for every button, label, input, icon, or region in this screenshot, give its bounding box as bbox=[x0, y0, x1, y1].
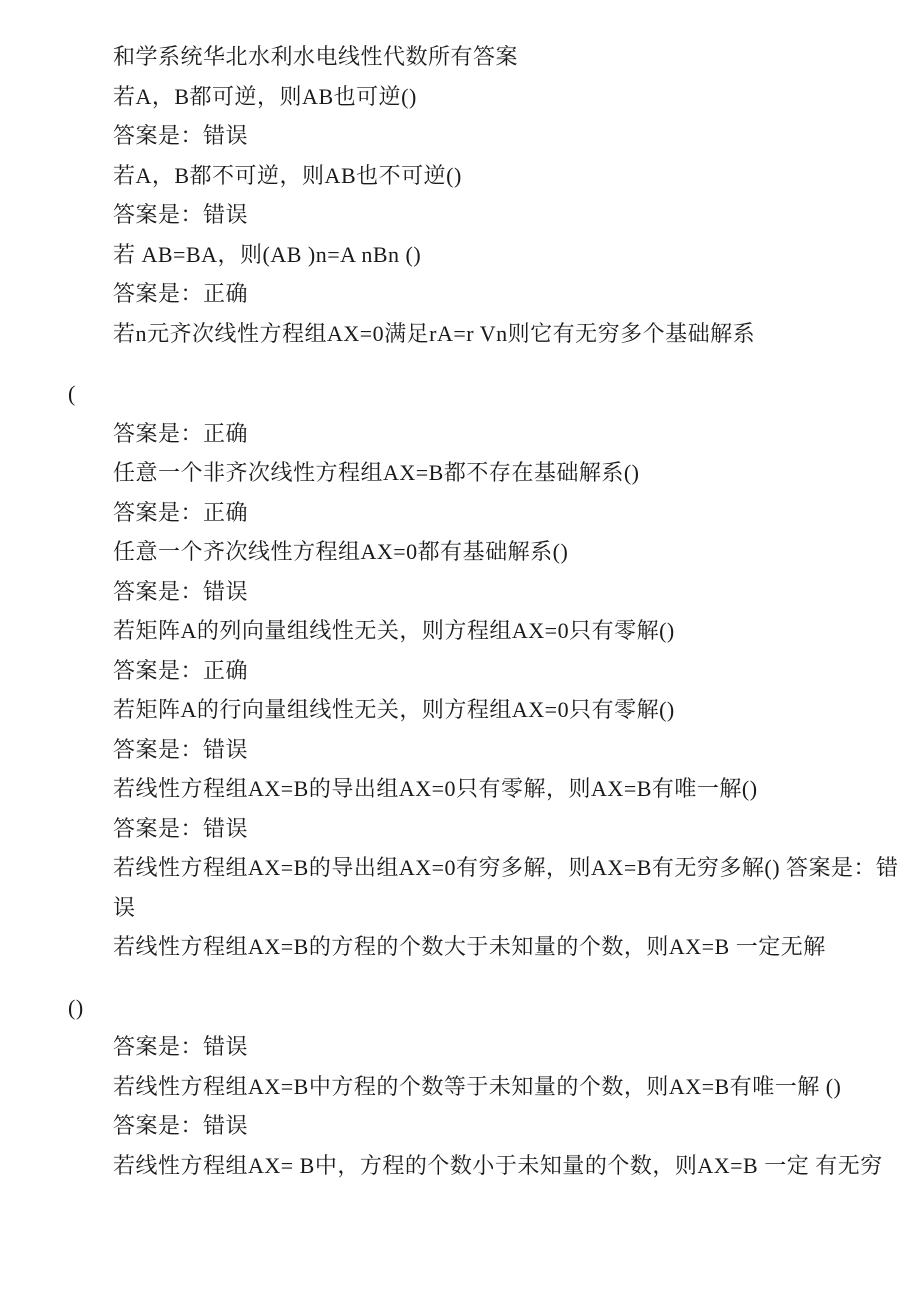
answer-line: 答案是：正确 bbox=[0, 274, 920, 314]
question-line: 若矩阵A的列向量组线性无关，则方程组AX=0只有零解() bbox=[0, 611, 920, 651]
question-line: 任意一个齐次线性方程组AX=0都有基础解系() bbox=[0, 532, 920, 572]
question-line: 若矩阵A的行向量组线性无关，则方程组AX=0只有零解() bbox=[0, 690, 920, 730]
question-line: 若线性方程组AX=B中方程的个数等于未知量的个数，则AX=B有唯一解 () bbox=[0, 1067, 920, 1107]
question-line: 若线性方程组AX= B中，方程的个数小于未知量的个数，则AX=B 一定 有无穷 bbox=[0, 1146, 920, 1186]
question-line: 若线性方程组AX=B的方程的个数大于未知量的个数，则AX=B 一定无解 bbox=[0, 927, 920, 967]
question-line: 若 AB=BA，则(AB )n=A nBn () bbox=[0, 235, 920, 275]
answer-line: 答案是：错误 bbox=[0, 116, 920, 156]
document-body: 和学系统华北水利水电线性代数所有答案若A，B都可逆，则AB也可逆()答案是：错误… bbox=[0, 0, 920, 1185]
title-line: 和学系统华北水利水电线性代数所有答案 bbox=[0, 37, 920, 77]
question-line: 任意一个非齐次线性方程组AX=B都不存在基础解系() bbox=[0, 453, 920, 493]
answer-line: 答案是：错误 bbox=[0, 572, 920, 612]
answer-line: 答案是：错误 bbox=[0, 809, 920, 849]
question-line: 若n元齐次线性方程组AX=0满足rA=r Vn则它有无穷多个基础解系 bbox=[0, 314, 920, 354]
answer-line: 答案是：错误 bbox=[0, 730, 920, 770]
continuation-line: () bbox=[0, 988, 920, 1028]
answer-line: 答案是：正确 bbox=[0, 493, 920, 533]
continuation-line: ( bbox=[0, 374, 920, 414]
answer-line: 答案是：错误 bbox=[0, 1106, 920, 1146]
answer-line: 答案是：错误 bbox=[0, 1027, 920, 1067]
answer-line: 答案是：正确 bbox=[0, 651, 920, 691]
document-page: 和学系统华北水利水电线性代数所有答案若A，B都可逆，则AB也可逆()答案是：错误… bbox=[0, 0, 920, 1302]
question-line: 若A，B都不可逆，则AB也不可逆() bbox=[0, 156, 920, 196]
answer-line: 答案是：正确 bbox=[0, 414, 920, 454]
continuation-line: 误 bbox=[0, 888, 920, 928]
question-line: 若线性方程组AX=B的导出组AX=0有穷多解，则AX=B有无穷多解() 答案是：… bbox=[0, 848, 920, 888]
answer-line: 答案是：错误 bbox=[0, 195, 920, 235]
question-line: 若A，B都可逆，则AB也可逆() bbox=[0, 77, 920, 117]
question-line: 若线性方程组AX=B的导出组AX=0只有零解，则AX=B有唯一解() bbox=[0, 769, 920, 809]
